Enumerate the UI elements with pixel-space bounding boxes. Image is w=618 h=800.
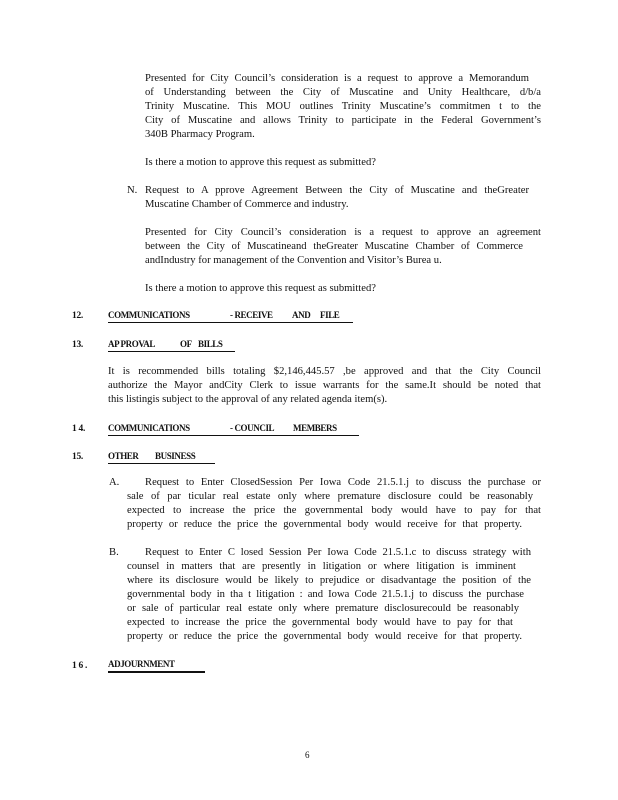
- page-number: 6: [305, 750, 310, 760]
- heading-word: - COUNCIL: [230, 422, 274, 434]
- heading-word: AND: [292, 309, 310, 321]
- text-line: governmental body in tha t litigation : …: [127, 588, 524, 602]
- heading-word: FILE: [320, 309, 339, 321]
- text-line: property or reduce the price the governm…: [127, 518, 522, 532]
- text-line: andIndustry for management of the Conven…: [145, 254, 541, 268]
- subitem-a-letter: A.: [109, 476, 119, 490]
- heading-word: COMMUNICATIONS: [108, 422, 190, 434]
- heading-word: ADJOURNMENT: [108, 658, 175, 670]
- text-line: Request to Enter ClosedSession Per Iowa …: [127, 476, 541, 490]
- text-line: expected to increase the price the gover…: [127, 616, 513, 630]
- section-13-number: 13.: [72, 340, 83, 350]
- heading-word: BUSINESS: [155, 450, 195, 462]
- section-13-body: It is recommended bills totaling $2,146,…: [108, 365, 541, 407]
- text-line: Request to A pprove Agreement Between th…: [145, 184, 529, 198]
- item-n-paragraph: Presented for City Council’s considerati…: [145, 226, 541, 268]
- heading-word: BILLS: [198, 338, 223, 350]
- heading-word: AP PROVAL: [108, 338, 155, 350]
- subitem-b-letter: B.: [109, 546, 119, 560]
- item-m-motion: Is there a motion to approve this reques…: [145, 156, 376, 170]
- section-13-heading: AP PROVAL OF BILLS: [108, 338, 235, 352]
- text-line: Request to Enter C losed Session Per Iow…: [127, 546, 531, 560]
- item-m-paragraph: Presented for City Council’s considerati…: [145, 72, 541, 142]
- text-line: Presented for City Council’s considerati…: [145, 72, 529, 86]
- text-line: Muscatine Chamber of Commerce and indust…: [145, 198, 529, 212]
- item-n-motion: Is there a motion to approve this reques…: [145, 282, 376, 296]
- text-line: authorize the Mayor andCity Clerk to iss…: [108, 379, 541, 393]
- text-line: property or reduce the price the governm…: [127, 630, 522, 644]
- heading-word: COMMUNICATIONS: [108, 309, 190, 321]
- text-line: It is recommended bills totaling $2,146,…: [108, 365, 541, 379]
- text-line: or sale of particular real estate only w…: [127, 602, 519, 616]
- section-12-heading: COMMUNICATIONS - RECEIVE AND FILE: [108, 309, 353, 323]
- text-line: 340B Pharmacy Program.: [145, 128, 541, 142]
- text-line: expected to increase the price the gover…: [127, 504, 541, 518]
- text-line: of Understanding between the City of Mus…: [145, 86, 541, 100]
- text-line: counsel in matters that are presently in…: [127, 560, 516, 574]
- text-line: this listingis subject to the approval o…: [108, 393, 541, 407]
- text-line: between the City of Muscatineand theGrea…: [145, 240, 523, 254]
- text-line: Trinity Muscatine. This MOU outlines Tri…: [145, 100, 541, 114]
- heading-word: - RECEIVE: [230, 309, 273, 321]
- heading-word: OTHER: [108, 450, 139, 462]
- section-16-number: 1 6 .: [72, 661, 87, 671]
- subitem-a-text: Request to Enter ClosedSession Per Iowa …: [127, 476, 541, 532]
- text-line: Presented for City Council’s considerati…: [145, 226, 541, 240]
- subitem-b-text: Request to Enter C losed Session Per Iow…: [127, 546, 531, 644]
- heading-word: MEMBERS: [293, 422, 337, 434]
- item-n-letter: N.: [127, 184, 137, 198]
- text-line: sale of par ticular real estate only whe…: [127, 490, 533, 504]
- section-14-number: 1 4.: [72, 424, 85, 434]
- section-15-heading: OTHER BUSINESS: [108, 450, 215, 464]
- motion-text: Is there a motion to approve this reques…: [145, 156, 376, 170]
- section-15-number: 15.: [72, 452, 83, 462]
- section-14-heading: COMMUNICATIONS - COUNCIL MEMBERS: [108, 422, 359, 436]
- heading-word: OF: [180, 338, 192, 350]
- section-16-heading: ADJOURNMENT: [108, 658, 205, 673]
- section-12-number: 12.: [72, 311, 83, 321]
- text-line: City of Muscatine and allows Trinity to …: [145, 114, 541, 128]
- text-line: where its disclosure would be likely to …: [127, 574, 531, 588]
- item-n-title: Request to A pprove Agreement Between th…: [145, 184, 529, 212]
- motion-text: Is there a motion to approve this reques…: [145, 282, 376, 296]
